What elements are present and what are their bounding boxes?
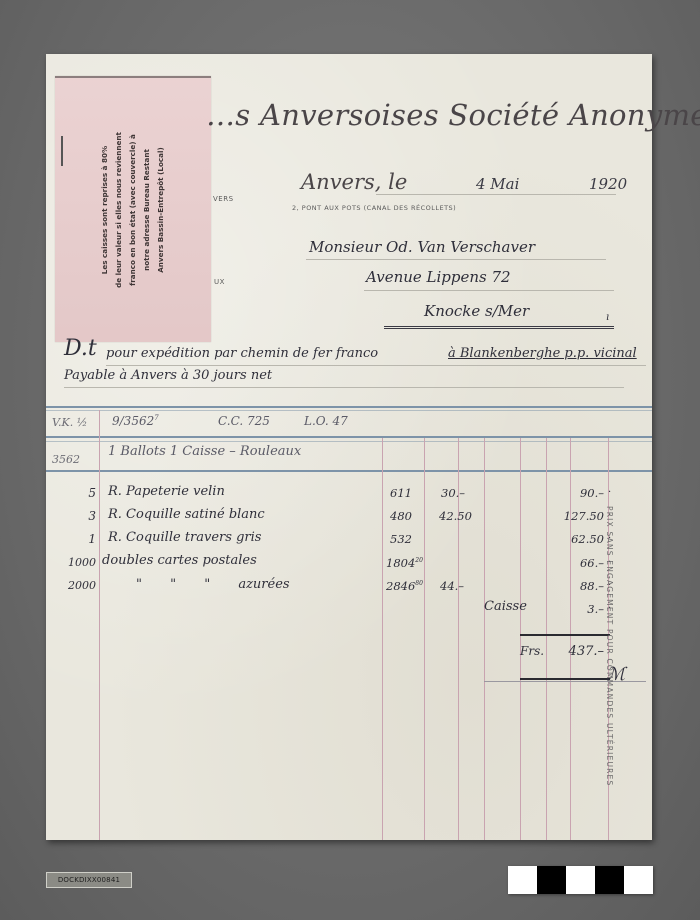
slip-line: de leur valeur si elles nous reviennent — [112, 90, 126, 330]
shipping-destination: à Blankenberghe p.p. vicinal — [448, 346, 637, 361]
addressee-city: Knocke s/Mer — [424, 302, 529, 320]
payment-terms: Payable à Anvers à 30 jours net — [64, 368, 272, 383]
company-name: …s Anversoises Société Anonyme — [206, 98, 700, 132]
item-qty: 1000 — [60, 556, 96, 569]
item-description: R. Papeterie velin — [108, 484, 225, 499]
city-label: Anvers, le — [301, 170, 407, 194]
table-rule — [46, 410, 652, 411]
item-amount: 90.– — [552, 486, 604, 500]
item-price: 44.– — [440, 579, 464, 593]
column-rule — [546, 438, 547, 840]
letterhead-fragment: VERS — [213, 195, 234, 203]
table-rule — [46, 436, 652, 438]
ref-lo: L.O. 47 — [304, 414, 348, 428]
ref-order-number-text: 9/3562 — [112, 414, 154, 428]
item-weight: 480 — [390, 509, 412, 523]
invoice-sheet: Les caisses sont reprises à 80% de leur … — [46, 54, 652, 840]
scale-block-white — [508, 866, 537, 894]
total-amount: 437.– — [552, 644, 604, 659]
packing-ref: 3562 — [52, 453, 80, 466]
table-header-rule — [46, 470, 652, 472]
addressee-rule — [364, 290, 614, 291]
date-rule — [376, 194, 616, 195]
item-description: R. Coquille travers gris — [108, 530, 261, 545]
letterhead-fragment: UX — [214, 278, 225, 286]
invoice-date-day: 4 Mai — [476, 175, 519, 193]
company-address: 2, PONT AUX POTS (CANAL DES RÉCOLLETS) — [292, 204, 456, 212]
table-top-rule — [46, 406, 652, 408]
scale-block-black — [537, 866, 566, 894]
addressee-underline — [384, 326, 614, 327]
invoice-date-year: 1920 — [589, 175, 627, 193]
column-rule — [424, 438, 425, 840]
ref-order-sup: 7 — [154, 414, 158, 422]
item-price: 42.50 — [439, 509, 472, 523]
item-amount: 66.– — [552, 556, 604, 570]
item-weight: 180420 — [386, 556, 423, 570]
row-dot: · — [608, 487, 611, 498]
addressee-street: Avenue Lippens 72 — [366, 268, 511, 286]
column-rule — [484, 438, 485, 840]
item-qty: 5 — [84, 486, 96, 500]
column-rule — [382, 438, 383, 840]
item-price: 30.– — [441, 486, 465, 500]
scale-block-black — [595, 866, 624, 894]
item-amount: 88.– — [552, 579, 604, 593]
stray-mark: ı — [606, 312, 609, 323]
shipping-terms: pour expédition par chemin de fer franco — [106, 346, 378, 361]
scale-block-white — [566, 866, 595, 894]
item-weight-sup: 20 — [415, 557, 423, 564]
slip-text: Les caisses sont reprises à 80% de leur … — [98, 90, 168, 330]
item-description: doubles cartes postales — [102, 553, 257, 568]
item-weight: 611 — [390, 486, 412, 500]
item-weight-sup: 80 — [415, 580, 423, 587]
ref-cc: C.C. 725 — [218, 414, 270, 428]
column-rule — [99, 410, 100, 840]
addressee-name: Monsieur Od. Van Verschaver — [309, 238, 535, 256]
document-id-label: DOCKDIXX00841 — [46, 872, 132, 888]
addressee-underline — [384, 328, 614, 329]
item-qty: 2000 — [60, 579, 96, 592]
slip-line: Les caisses sont reprises à 80% — [98, 90, 112, 330]
color-scale-bar — [508, 866, 653, 894]
total-currency: Frs. — [520, 644, 544, 658]
item-weight-text: 1804 — [386, 556, 415, 570]
terms-rule — [106, 365, 646, 366]
item-weight: 532 — [390, 532, 412, 546]
price-disclaimer: PRIX SANS ENGAGEMENT POUR COMMANDES ULTÉ… — [605, 506, 614, 786]
item-qty: 1 — [84, 532, 96, 546]
slip-line: notre adresse Bureau Restant — [140, 90, 154, 330]
item-description: " " " azurées — [136, 577, 290, 592]
item-amount: 62.50 — [552, 532, 604, 546]
addressee-rule — [306, 259, 606, 260]
item-weight: 284680 — [386, 579, 423, 593]
debit-prefix: D.t — [64, 336, 97, 361]
slip-line: franco en bon état (avec couvercle) à — [126, 90, 140, 330]
item-qty: 3 — [84, 509, 96, 523]
scale-block-white — [624, 866, 653, 894]
terms-rule — [64, 387, 624, 388]
total-bottom-rule — [520, 678, 610, 680]
item-weight-text: 2846 — [386, 579, 415, 593]
total-top-rule — [520, 634, 610, 636]
item-description: R. Coquille satiné blanc — [108, 507, 265, 522]
slip-line: Anvers Bassin-Entrepôt (Local) — [154, 90, 168, 330]
returnable-crates-slip: Les caisses sont reprises à 80% de leur … — [55, 76, 211, 342]
slip-edge-mark — [61, 136, 63, 166]
extra-charge-amount: 3.– — [552, 602, 604, 616]
ref-vk: V.K. ½ — [52, 416, 87, 429]
packing-description: 1 Ballots 1 Caisse – Rouleaux — [108, 444, 301, 459]
item-amount: 127.50 — [552, 509, 604, 523]
ref-order-number: 9/35627 — [112, 414, 159, 428]
extra-charge-label: Caisse — [484, 599, 527, 614]
column-rule — [520, 438, 521, 840]
table-rule — [46, 441, 652, 442]
